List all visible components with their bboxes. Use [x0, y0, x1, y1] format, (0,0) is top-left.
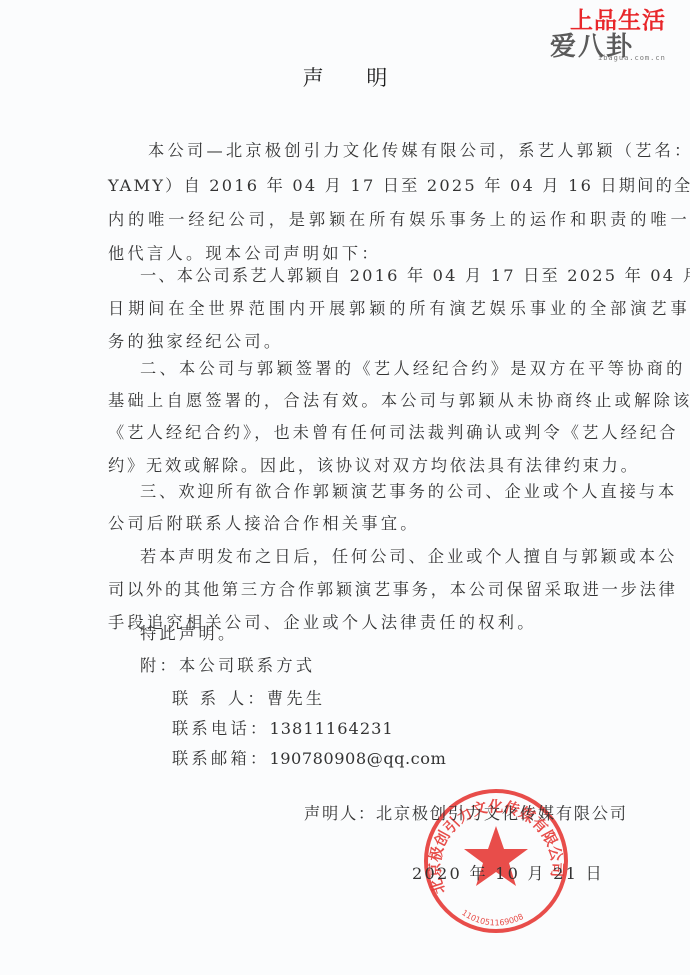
document-title: 声 明 [0, 62, 690, 92]
contact-person: 联 系 人：曹先生 [172, 685, 325, 709]
paragraph-line: YAMY）自 2016 年 04 月 17 日至 2025 年 04 月 16 … [108, 172, 690, 196]
paragraph-line: 内的唯一经纪公司，是郭颖在所有娱乐事务上的运作和职责的唯一排 [108, 206, 690, 230]
appendix-heading: 附：本公司联系方式 [140, 652, 315, 676]
clause-3-line: 公司后附联系人接洽合作相关事宜。 [108, 510, 420, 534]
watermark-logo: 上品生活 爱八卦 ibagua.com.cn [548, 0, 690, 64]
contact-email-label: 联系邮箱： [172, 749, 269, 768]
clause-3-line: 三、欢迎所有欲合作郭颖演艺事务的公司、企业或个人直接与本 [140, 478, 677, 502]
paragraph-line: 若本声明发布之日后，任何公司、企业或个人擅自与郭颖或本公 [140, 543, 677, 567]
contact-email-value: 190780908@qq.com [269, 749, 446, 768]
contact-phone-value: 13811164231 [269, 719, 393, 738]
closing-line: 特此声明。 [140, 620, 237, 644]
clause-2-line: 《艺人经纪合约》，也未曾有任何司法裁判确认或判令《艺人经纪合 [108, 419, 679, 443]
clause-1-line: 一、本公司系艺人郭颖自 2016 年 04 月 17 日至 2025 年 04 … [140, 262, 690, 286]
statement-date: 2020 年 10 月 21 日 [412, 860, 604, 884]
statement-document: 上品生活 爱八卦 ibagua.com.cn 声 明 本公司—北京极创引力文化传… [0, 0, 690, 975]
paragraph-line: 司以外的其他第三方合作郭颖演艺事务，本公司保留采取进一步法律 [108, 576, 678, 600]
clause-2-line: 基础上自愿签署的，合法有效。本公司与郭颖从未协商终止或解除该 [108, 387, 690, 411]
declarant-line: 声明人：北京极创引力文化传媒有限公司 [304, 800, 628, 824]
clause-2-line: 二、本公司与郭颖签署的《艺人经纪合约》是双方在平等协商的 [140, 355, 686, 379]
clause-1-line: 务的独家经纪公司。 [108, 328, 283, 352]
paragraph-line: 他代言人。现本公司声明如下： [108, 240, 381, 264]
clause-1-line: 日期间在全世界范围内开展郭颖的所有演艺娱乐事业的全部演艺事 [108, 295, 690, 319]
watermark-url: ibagua.com.cn [598, 54, 666, 62]
paragraph-line: 本公司—北京极创引力文化传媒有限公司，系艺人郭颖（艺名： [148, 137, 690, 161]
contact-phone-label: 联系电话： [172, 719, 269, 738]
contact-person-value: 曹先生 [267, 689, 325, 708]
contact-person-label: 联 系 人： [172, 689, 267, 708]
contact-email: 联系邮箱：190780908@qq.com [172, 745, 446, 769]
contact-phone: 联系电话：13811164231 [172, 715, 394, 739]
clause-2-line: 约》无效或解除。因此，该协议对双方均依法具有法律约束力。 [108, 452, 640, 476]
